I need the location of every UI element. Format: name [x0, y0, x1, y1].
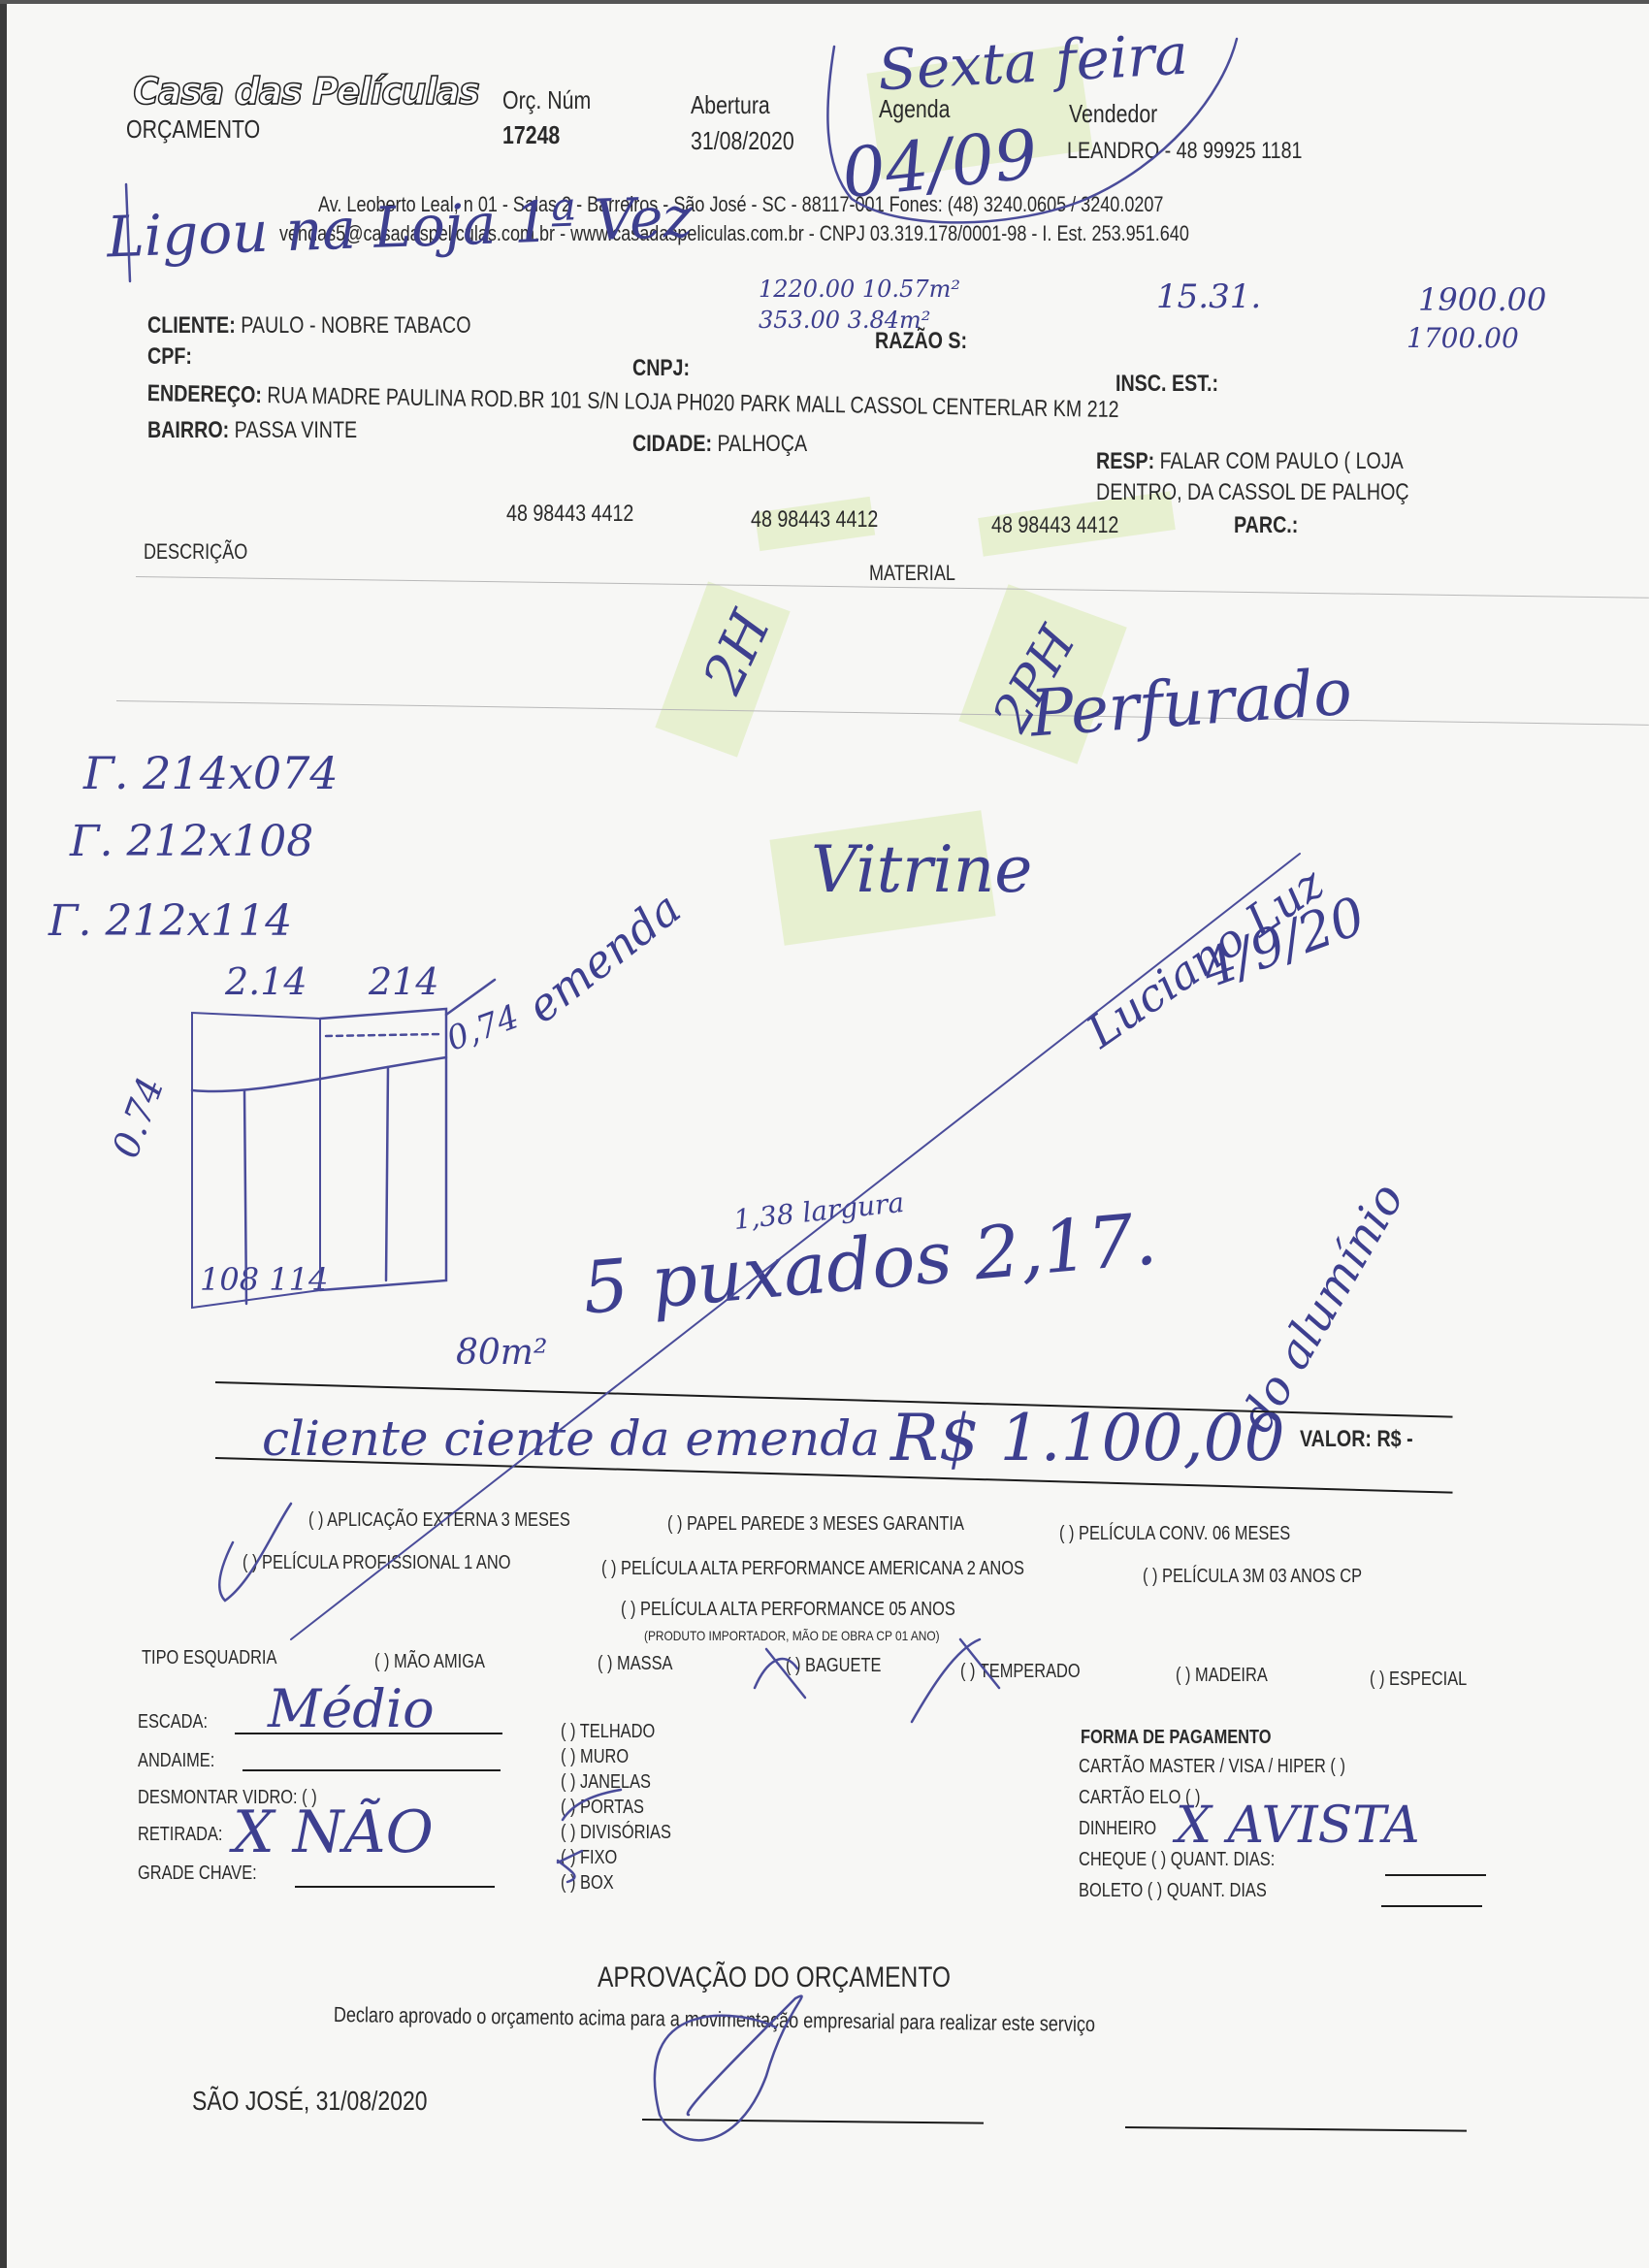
divider: [116, 700, 1649, 726]
service-option[interactable]: ( ) PELÍCULA 3M 03 ANOS CP: [1143, 1566, 1362, 1588]
retirada-value[interactable]: X NÃO: [233, 1798, 434, 1866]
handwritten-calc-1: 1220.00 10.57m²: [759, 275, 960, 303]
grade-line[interactable]: [295, 1886, 495, 1888]
agenda-day-handwritten: Sexta feira: [876, 21, 1189, 104]
client-signature-line[interactable]: [642, 2119, 984, 2124]
handwritten-area: 80m²: [456, 1333, 547, 1373]
cliente-field: CLIENTE: PAULO - NOBRE TABACO: [147, 312, 471, 340]
location-option[interactable]: ( ) PORTAS: [561, 1797, 644, 1819]
esquadria-option[interactable]: ( ) MÃO AMIGA: [374, 1651, 485, 1673]
material-header: MATERIAL: [869, 561, 955, 586]
andaime-label: ANDAIME:: [138, 1750, 214, 1772]
esquadria-option[interactable]: ( ) BAGUETE: [786, 1655, 881, 1677]
approval-place-date: SÃO JOSÉ, 31/08/2020: [192, 2086, 428, 2117]
location-option[interactable]: ( ) DIVISÓRIAS: [561, 1822, 671, 1844]
escada-label: ESCADA:: [138, 1711, 208, 1733]
service-option[interactable]: ( ) APLICAÇÃO EXTERNA 3 MESES: [308, 1509, 570, 1532]
phone-1: 48 98443 4412: [506, 501, 633, 528]
orc-num-value: 17248: [502, 120, 560, 150]
scan-edge: [0, 0, 7, 2268]
esquadria-label: TIPO ESQUADRIA: [142, 1647, 276, 1669]
payment-cartao-master[interactable]: CARTÃO MASTER / VISA / HIPER ( ): [1079, 1756, 1345, 1778]
scan-edge-top: [0, 0, 1649, 4]
location-option[interactable]: ( ) BOX: [561, 1872, 614, 1895]
vendedor-label: Vendedor: [1069, 99, 1157, 129]
valor-label: VALOR: R$ -: [1300, 1426, 1413, 1453]
resp-field: RESP: FALAR COM PAULO ( LOJA: [1096, 448, 1404, 475]
handwritten-measure-1: Γ. 214x074: [83, 747, 339, 799]
ink-strokes: [0, 0, 1649, 2268]
esquadria-option[interactable]: ( ) ESPECIAL: [1370, 1669, 1467, 1691]
handwritten-measure-2: Γ. 212x108: [70, 817, 313, 866]
cpf-field: CPF:: [147, 343, 192, 371]
cheque-days-line[interactable]: [1385, 1874, 1486, 1876]
grade-label: GRADE CHAVE:: [138, 1863, 257, 1885]
handwritten-valor: R$ 1.100,00: [890, 1401, 1285, 1475]
location-option[interactable]: ( ) TELHADO: [561, 1721, 655, 1743]
location-option[interactable]: ( ) JANELAS: [561, 1771, 651, 1794]
andaime-line[interactable]: [242, 1769, 501, 1771]
handwritten-call-note: Ligou na Loja 1ª Vez: [106, 183, 694, 270]
handwritten-ciente: cliente ciente da emenda: [262, 1410, 880, 1467]
payment-dinheiro-hand: X AVISTA: [1176, 1797, 1420, 1855]
orc-num-label: Orç. Núm: [502, 85, 591, 115]
resp-field-line2: DENTRO, DA CASSOL DE PALHOÇ: [1096, 479, 1409, 506]
sketch-top-2: 214: [369, 960, 439, 1003]
insc-field: INSC. EST.:: [1115, 371, 1218, 398]
retirada-label: RETIRADA:: [138, 1824, 222, 1846]
company-logo: Casa das Películas: [133, 70, 478, 113]
boleto-days-line[interactable]: [1381, 1905, 1482, 1907]
payment-dinheiro[interactable]: DINHEIRO: [1079, 1818, 1156, 1840]
service-option[interactable]: ( ) PELÍCULA ALTA PERFORMANCE AMERICANA …: [601, 1558, 1024, 1580]
handwritten-calc-3: 15.31.: [1156, 277, 1261, 316]
escada-value[interactable]: Médio: [268, 1678, 435, 1739]
esquadria-option[interactable]: ( ) TEMPERADO: [960, 1661, 1081, 1683]
service-option[interactable]: ( ) PELÍCULA ALTA PERFORMANCE 05 ANOS: [621, 1599, 955, 1621]
abertura-label: Abertura: [691, 90, 770, 120]
service-note: (PRODUTO IMPORTADOR, MÃO DE OBRA CP 01 A…: [644, 1628, 940, 1643]
handwritten-price-2: 1700.00: [1406, 322, 1519, 354]
cidade-field: CIDADE: PALHOÇA: [632, 431, 807, 458]
descricao-header: DESCRIÇÃO: [144, 539, 247, 565]
sketch-top-1: 2.14: [225, 960, 307, 1003]
payment-boleto[interactable]: BOLETO ( ) QUANT. DIAS: [1079, 1880, 1267, 1902]
location-option[interactable]: ( ) FIXO: [561, 1847, 617, 1869]
phone-2: 48 98443 4412: [751, 506, 878, 534]
document-type: ORÇAMENTO: [126, 114, 260, 145]
parc-field: PARC.:: [1234, 512, 1298, 539]
sketch-left: 0.74: [104, 1072, 172, 1164]
sketch-bottom: 108 114: [200, 1261, 328, 1298]
esquadria-option[interactable]: ( ) MASSA: [598, 1653, 672, 1675]
handwritten-emenda: emenda: [517, 882, 691, 1033]
esquadria-option[interactable]: ( ) MADEIRA: [1176, 1665, 1268, 1687]
phone-3: 48 98443 4412: [991, 512, 1118, 539]
razao-field: RAZÃO S:: [875, 328, 967, 355]
sketch-right: 0,74: [441, 997, 524, 1058]
payment-title: FORMA DE PAGAMENTO: [1081, 1727, 1272, 1749]
service-option[interactable]: ( ) PELÍCULA CONV. 06 MESES: [1059, 1523, 1290, 1545]
cnpj-field: CNPJ:: [632, 355, 690, 382]
payment-cheque[interactable]: CHEQUE ( ) QUANT. DIAS:: [1079, 1849, 1275, 1871]
approval-declaration: Declaro aprovado o orçamento acima para …: [334, 2002, 1095, 2037]
bairro-field: BAIRRO: PASSA VINTE: [147, 417, 357, 444]
location-option[interactable]: ( ) MURO: [561, 1746, 629, 1768]
abertura-value: 31/08/2020: [691, 126, 794, 156]
approval-title: APROVAÇÃO DO ORÇAMENTO: [598, 1961, 951, 1994]
vendedor-value: LEANDRO - 48 99925 1181: [1067, 138, 1303, 165]
company-signature-line[interactable]: [1125, 2126, 1467, 2132]
service-option[interactable]: ( ) PELÍCULA PROFISSIONAL 1 ANO: [242, 1552, 510, 1574]
handwritten-price-1: 1900.00: [1418, 281, 1546, 318]
handwritten-vitrine: Vitrine: [811, 832, 1032, 907]
service-option[interactable]: ( ) PAPEL PAREDE 3 MESES GARANTIA: [667, 1513, 964, 1536]
handwritten-measure-3: Γ. 212x114: [48, 896, 292, 946]
